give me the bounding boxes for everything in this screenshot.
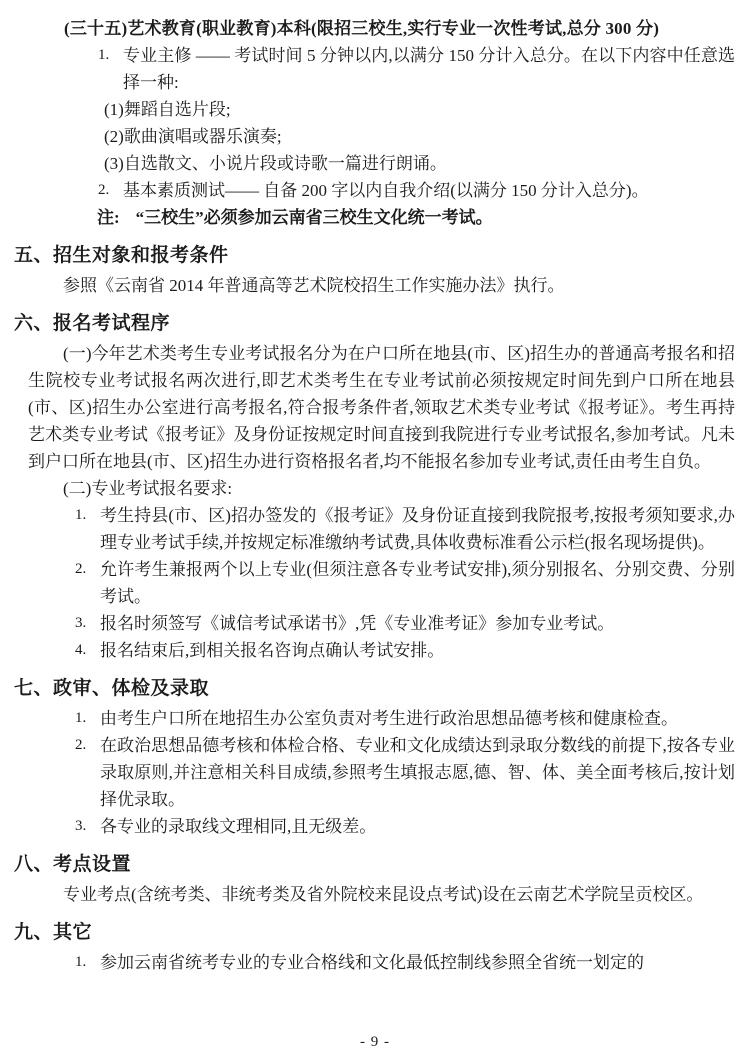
list-item-text: 报名结束后,到相关报名咨询点确认考试安排。 bbox=[100, 637, 735, 664]
note-label: 注: bbox=[97, 208, 120, 227]
paragraph: (一)今年艺术类考生专业考试报名分为在户口所在地县(市、区)招生办的普通高考报名… bbox=[28, 340, 735, 475]
section-heading: 八、考点设置 bbox=[14, 850, 735, 880]
section-35-title: (三十五)艺术教育(职业教育)本科(限招三校生,实行专业一次性考试,总分 300… bbox=[64, 15, 735, 42]
sub-list-item: (3)自选散文、小说片段或诗歌一篇进行朗诵。 bbox=[104, 150, 735, 177]
paragraph: 参照《云南省 2014 年普通高等艺术院校招生工作实施办法》执行。 bbox=[28, 272, 735, 299]
paragraph: (二)专业考试报名要求: bbox=[28, 475, 735, 502]
page-number: - 9 - bbox=[0, 1034, 750, 1051]
list-item-text: 报名时须签写《诚信考试承诺书》,凭《专业准考证》参加专业考试。 bbox=[100, 610, 735, 637]
list-item-number: 2. bbox=[75, 556, 100, 583]
list-item-text: 专业主修 —— 考试时间 5 分钟以内,以满分 150 分计入总分。在以下内容中… bbox=[123, 42, 735, 96]
list-item-text: 各专业的录取线文理相同,且无级差。 bbox=[100, 813, 735, 840]
paragraph: 专业考点(含统考类、非统考类及省外院校来昆设点考试)设在云南艺术学院呈贡校区。 bbox=[28, 881, 735, 908]
list-item-text: 在政治思想品德考核和体检合格、专业和文化成绩达到录取分数线的前提下,按各专业录取… bbox=[100, 732, 735, 813]
list-item-text: 由考生户口所在地招生办公室负责对考生进行政治思想品德考核和健康检查。 bbox=[100, 705, 735, 732]
list-item: 3. 报名时须签写《诚信考试承诺书》,凭《专业准考证》参加专业考试。 bbox=[75, 610, 735, 637]
list-item-text: 允许考生兼报两个以上专业(但须注意各专业考试安排),须分别报名、分别交费、分别考… bbox=[100, 556, 735, 610]
section-9: 九、其它 1. 参加云南省统考专业的专业合格线和文化最低控制线参照全省统一划定的 bbox=[14, 918, 735, 976]
list-item-number: 1. bbox=[98, 42, 123, 69]
page-content: (三十五)艺术教育(职业教育)本科(限招三校生,实行专业一次性考试,总分 300… bbox=[0, 0, 750, 976]
list-item-number: 4. bbox=[75, 637, 100, 664]
list-item: 1. 考生持县(市、区)招办签发的《报考证》及身份证直接到我院报考,按报考须知要… bbox=[75, 502, 735, 556]
list-item-text: 考生持县(市、区)招办签发的《报考证》及身份证直接到我院报考,按报考须知要求,办… bbox=[100, 502, 735, 556]
section-6: 六、报名考试程序 (一)今年艺术类考生专业考试报名分为在户口所在地县(市、区)招… bbox=[14, 309, 735, 664]
list-item-text: 参加云南省统考专业的专业合格线和文化最低控制线参照全省统一划定的 bbox=[100, 949, 735, 976]
list-item: 1. 参加云南省统考专业的专业合格线和文化最低控制线参照全省统一划定的 bbox=[75, 949, 735, 976]
section-heading: 七、政审、体检及录取 bbox=[14, 674, 735, 704]
list-item: 2. 允许考生兼报两个以上专业(但须注意各专业考试安排),须分别报名、分别交费、… bbox=[75, 556, 735, 610]
section-7: 七、政审、体检及录取 1. 由考生户口所在地招生办公室负责对考生进行政治思想品德… bbox=[14, 674, 735, 840]
section-heading: 九、其它 bbox=[14, 918, 735, 948]
section-35: (三十五)艺术教育(职业教育)本科(限招三校生,实行专业一次性考试,总分 300… bbox=[14, 15, 735, 231]
list-item: 4. 报名结束后,到相关报名咨询点确认考试安排。 bbox=[75, 637, 735, 664]
list-item-number: 1. bbox=[75, 705, 100, 732]
list-item: 2. 基本素质测试—— 自备 200 字以内自我介绍(以满分 150 分计入总分… bbox=[98, 177, 735, 204]
section-5: 五、招生对象和报考条件 参照《云南省 2014 年普通高等艺术院校招生工作实施办… bbox=[14, 241, 735, 299]
sub-list-item: (2)歌曲演唱或器乐演奏; bbox=[104, 123, 735, 150]
document-page: (三十五)艺术教育(职业教育)本科(限招三校生,实行专业一次性考试,总分 300… bbox=[0, 0, 750, 1063]
section-heading: 六、报名考试程序 bbox=[14, 309, 735, 339]
list-item-number: 2. bbox=[75, 732, 100, 759]
list-item: 2. 在政治思想品德考核和体检合格、专业和文化成绩达到录取分数线的前提下,按各专… bbox=[75, 732, 735, 813]
sub-list-item: (1)舞蹈自选片段; bbox=[104, 96, 735, 123]
note-text: “三校生”必须参加云南省三校生文化统一考试。 bbox=[136, 208, 493, 227]
list-item: 3. 各专业的录取线文理相同,且无级差。 bbox=[75, 813, 735, 840]
list-item-number: 2. bbox=[98, 177, 123, 204]
list-item-number: 1. bbox=[75, 502, 100, 529]
list-item: 1. 专业主修 —— 考试时间 5 分钟以内,以满分 150 分计入总分。在以下… bbox=[98, 42, 735, 96]
list-item-number: 3. bbox=[75, 813, 100, 840]
section-heading: 五、招生对象和报考条件 bbox=[14, 241, 735, 271]
list-item: 1. 由考生户口所在地招生办公室负责对考生进行政治思想品德考核和健康检查。 bbox=[75, 705, 735, 732]
list-item-number: 3. bbox=[75, 610, 100, 637]
note-line: 注:“三校生”必须参加云南省三校生文化统一考试。 bbox=[97, 204, 735, 231]
list-item-number: 1. bbox=[75, 949, 100, 976]
list-item-text: 基本素质测试—— 自备 200 字以内自我介绍(以满分 150 分计入总分)。 bbox=[123, 177, 735, 204]
section-8: 八、考点设置 专业考点(含统考类、非统考类及省外院校来昆设点考试)设在云南艺术学… bbox=[14, 850, 735, 908]
